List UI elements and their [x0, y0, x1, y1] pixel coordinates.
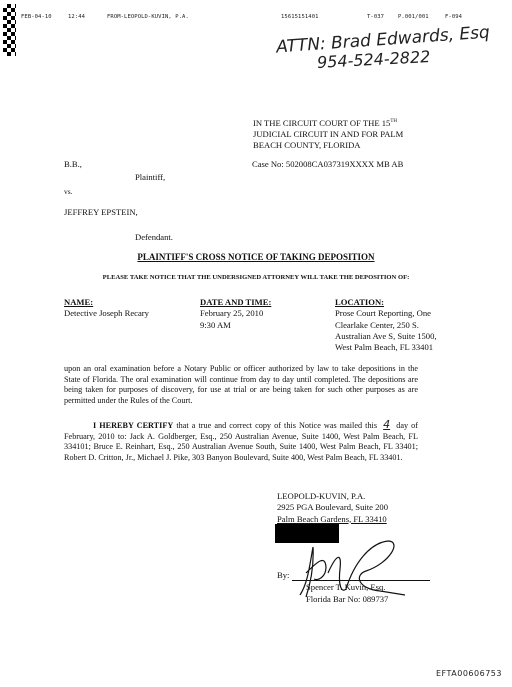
firm-address-1: 2925 PGA Boulevard, Suite 200	[277, 502, 388, 513]
case-number: Case No: 502008CA037319XXXX MB AB	[252, 159, 403, 170]
fax-phone: 15615151401	[281, 14, 319, 20]
by-label: By:	[277, 570, 289, 581]
defendant-name: JEFFREY EPSTEIN,	[64, 207, 138, 218]
name-header: NAME:	[64, 297, 149, 308]
plaintiff-label: Plaintiff,	[135, 172, 165, 183]
location-line: West Palm Beach, FL 33401	[335, 342, 437, 353]
signature-line	[292, 580, 430, 581]
bar-number: Florida Bar No: 089737	[306, 594, 388, 605]
notice-line: PLEASE TAKE NOTICE THAT THE UNDERSIGNED …	[0, 274, 512, 281]
date-header: DATE AND TIME:	[200, 297, 271, 308]
defendant-label: Defendant.	[135, 232, 173, 243]
fax-page: P.001/001	[398, 14, 429, 20]
deposition-time: 9:30 AM	[200, 320, 271, 331]
firm-block: LEOPOLD-KUVIN, P.A. 2925 PGA Boulevard, …	[277, 491, 388, 525]
signer-name: Spencer T. Kuvin, Esq.	[306, 582, 385, 593]
fax-from: FROM-LEOPOLD-KUVIN, P.A.	[107, 14, 189, 20]
body-paragraph: upon an oral examination before a Notary…	[64, 364, 418, 406]
court-heading: IN THE CIRCUIT COURT OF THE 15TH JUDICIA…	[253, 116, 473, 152]
fax-transmission: T-037	[367, 14, 384, 20]
plaintiff-name: B.B.,	[64, 159, 82, 170]
fax-id: F-094	[445, 14, 462, 20]
deposition-date: February 25, 2010	[200, 308, 271, 319]
fax-edge-pattern	[3, 4, 16, 56]
location-line: Clearlake Center, 250 S.	[335, 320, 437, 331]
document-title: PLAINTIFF'S CROSS NOTICE OF TAKING DEPOS…	[0, 252, 512, 262]
certificate-of-service: I HEREBY CERTIFY that a true and correct…	[64, 420, 418, 463]
location-column: LOCATION: Prose Court Reporting, One Cle…	[335, 297, 437, 353]
location-line: Prose Court Reporting, One	[335, 308, 437, 319]
date-column: DATE AND TIME: February 25, 2010 9:30 AM	[200, 297, 271, 331]
location-line: Australian Ave S, Suite 1500,	[335, 331, 437, 342]
handwritten-day: 4	[380, 418, 393, 431]
deponent-column: NAME: Detective Joseph Recary	[64, 297, 149, 320]
bates-number: EFTA00606753	[436, 669, 502, 678]
location-header: LOCATION:	[335, 297, 437, 308]
versus: vs.	[64, 186, 73, 197]
firm-name: LEOPOLD-KUVIN, P.A.	[277, 491, 388, 502]
certify-lead: I HEREBY CERTIFY	[93, 421, 173, 430]
fax-time: 12:44	[68, 14, 85, 20]
deponent-name: Detective Joseph Recary	[64, 308, 149, 319]
fax-date: FEB-04-10	[21, 14, 52, 20]
